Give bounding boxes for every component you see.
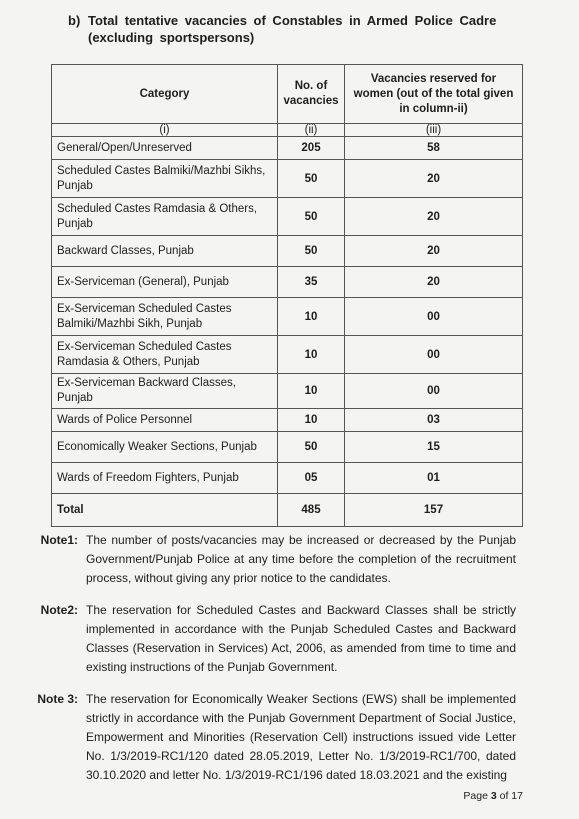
row-category: Scheduled Castes Balmiki/Mazhbi Sikhs, P… [52, 160, 278, 198]
row-women: 58 [345, 137, 523, 160]
row-women: 15 [345, 432, 523, 463]
total-label: Total [52, 494, 278, 527]
row-category: Wards of Freedom Fighters, Punjab [52, 463, 278, 494]
table-row: Wards of Police Personnel 10 03 [52, 409, 523, 432]
table-row: Ex-Serviceman Scheduled Castes Balmiki/M… [52, 298, 523, 336]
row-women: 00 [345, 336, 523, 374]
column-number: (iii) [345, 124, 523, 137]
total-vacancies: 485 [278, 494, 345, 527]
column-number-row: (i) (ii) (iii) [52, 124, 523, 137]
note-text: The number of posts/vacancies may be inc… [86, 531, 516, 588]
row-vacancies: 05 [278, 463, 345, 494]
table-row: Ex-Serviceman (General), Punjab 35 20 [52, 267, 523, 298]
row-women: 03 [345, 409, 523, 432]
note-1: Note1: The number of posts/vacancies may… [24, 531, 516, 588]
total-women: 157 [345, 494, 523, 527]
section-title: Total tentative vacancies of Constables … [88, 12, 518, 46]
section-label: b) [68, 12, 88, 46]
row-vacancies: 50 [278, 198, 345, 236]
page-suffix: of 17 [497, 790, 523, 802]
section-heading: b) Total tentative vacancies of Constabl… [68, 12, 518, 46]
table-row: Wards of Freedom Fighters, Punjab 05 01 [52, 463, 523, 494]
row-women: 00 [345, 374, 523, 409]
row-category: Ex-Serviceman (General), Punjab [52, 267, 278, 298]
row-category: Ex-Serviceman Backward Classes, Punjab [52, 374, 278, 409]
table-row: Ex-Serviceman Backward Classes, Punjab 1… [52, 374, 523, 409]
row-category: Economically Weaker Sections, Punjab [52, 432, 278, 463]
page-number: Page 3 of 17 [463, 790, 523, 802]
table-row: Backward Classes, Punjab 50 20 [52, 236, 523, 267]
header-vacancies: No. of vacancies [278, 65, 345, 124]
row-vacancies: 10 [278, 409, 345, 432]
row-women: 20 [345, 160, 523, 198]
row-category: Ex-Serviceman Scheduled Castes Balmiki/M… [52, 298, 278, 336]
table-row: General/Open/Unreserved 205 58 [52, 137, 523, 160]
row-vacancies: 10 [278, 336, 345, 374]
note-label: Note2: [24, 601, 86, 677]
row-women: 20 [345, 267, 523, 298]
row-women: 00 [345, 298, 523, 336]
row-vacancies: 50 [278, 432, 345, 463]
row-category: Scheduled Castes Ramdasia & Others, Punj… [52, 198, 278, 236]
note-3: Note 3: The reservation for Economically… [24, 690, 516, 785]
header-category: Category [52, 65, 278, 124]
table-row: Economically Weaker Sections, Punjab 50 … [52, 432, 523, 463]
note-label: Note 3: [24, 690, 86, 785]
table-header-row: Category No. of vacancies Vacancies rese… [52, 65, 523, 124]
note-label: Note1: [24, 531, 86, 588]
row-vacancies: 10 [278, 374, 345, 409]
row-vacancies: 50 [278, 160, 345, 198]
table-row: Scheduled Castes Ramdasia & Others, Punj… [52, 198, 523, 236]
row-women: 01 [345, 463, 523, 494]
row-women: 20 [345, 236, 523, 267]
row-women: 20 [345, 198, 523, 236]
table-total-row: Total 485 157 [52, 494, 523, 527]
table-row: Ex-Serviceman Scheduled Castes Ramdasia … [52, 336, 523, 374]
row-category: General/Open/Unreserved [52, 137, 278, 160]
row-category: Backward Classes, Punjab [52, 236, 278, 267]
row-category: Wards of Police Personnel [52, 409, 278, 432]
header-women: Vacancies reserved for women (out of the… [345, 65, 523, 124]
table-row: Scheduled Castes Balmiki/Mazhbi Sikhs, P… [52, 160, 523, 198]
page-prefix: Page [463, 790, 490, 802]
note-2: Note2: The reservation for Scheduled Cas… [24, 601, 516, 677]
row-vacancies: 50 [278, 236, 345, 267]
note-text: The reservation for Economically Weaker … [86, 690, 516, 785]
note-text: The reservation for Scheduled Castes and… [86, 601, 516, 677]
row-vacancies: 10 [278, 298, 345, 336]
column-number: (ii) [278, 124, 345, 137]
row-vacancies: 205 [278, 137, 345, 160]
row-category: Ex-Serviceman Scheduled Castes Ramdasia … [52, 336, 278, 374]
vacancies-table: Category No. of vacancies Vacancies rese… [51, 64, 523, 527]
row-vacancies: 35 [278, 267, 345, 298]
column-number: (i) [52, 124, 278, 137]
